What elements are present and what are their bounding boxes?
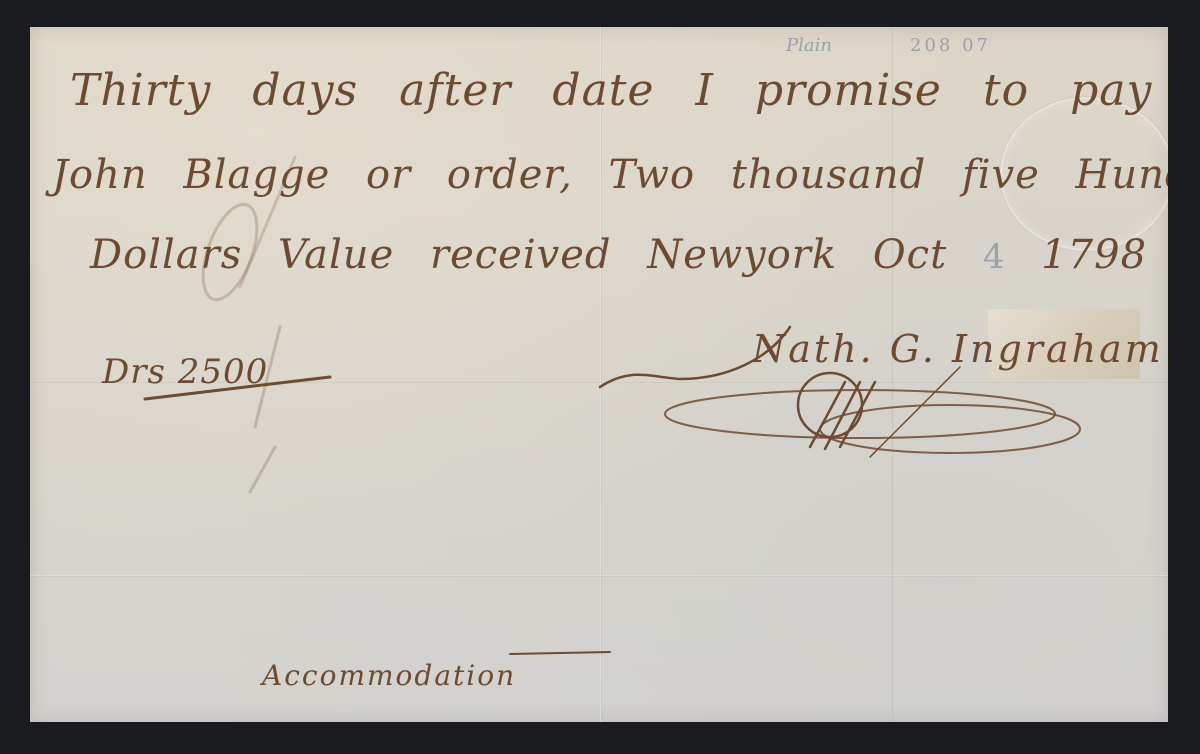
note-line-3: Dollars Value received Newyork Oct 4 179… [90, 232, 1147, 278]
date-year: 1798 [1041, 232, 1147, 278]
note-line-3-text: Dollars Value received Newyork Oct [90, 232, 947, 278]
date-day-pencil: 4 [983, 237, 1006, 277]
pencil-annotation-reference: 208 07 [910, 35, 991, 56]
note-line-2: John Blagge or order, Two thousand five … [52, 152, 1168, 198]
manuscript-paper: Plain 208 07 Thirty days after date I pr… [30, 27, 1168, 722]
amount-figure: Drs 2500 [102, 352, 268, 392]
signature: Nath. G. Ingraham [752, 327, 1164, 371]
pencil-annotation-name: Plain [786, 35, 832, 56]
note-line-1: Thirty days after date I promise to pay … [70, 65, 1168, 116]
endorsement-note: Accommodation [262, 659, 516, 692]
